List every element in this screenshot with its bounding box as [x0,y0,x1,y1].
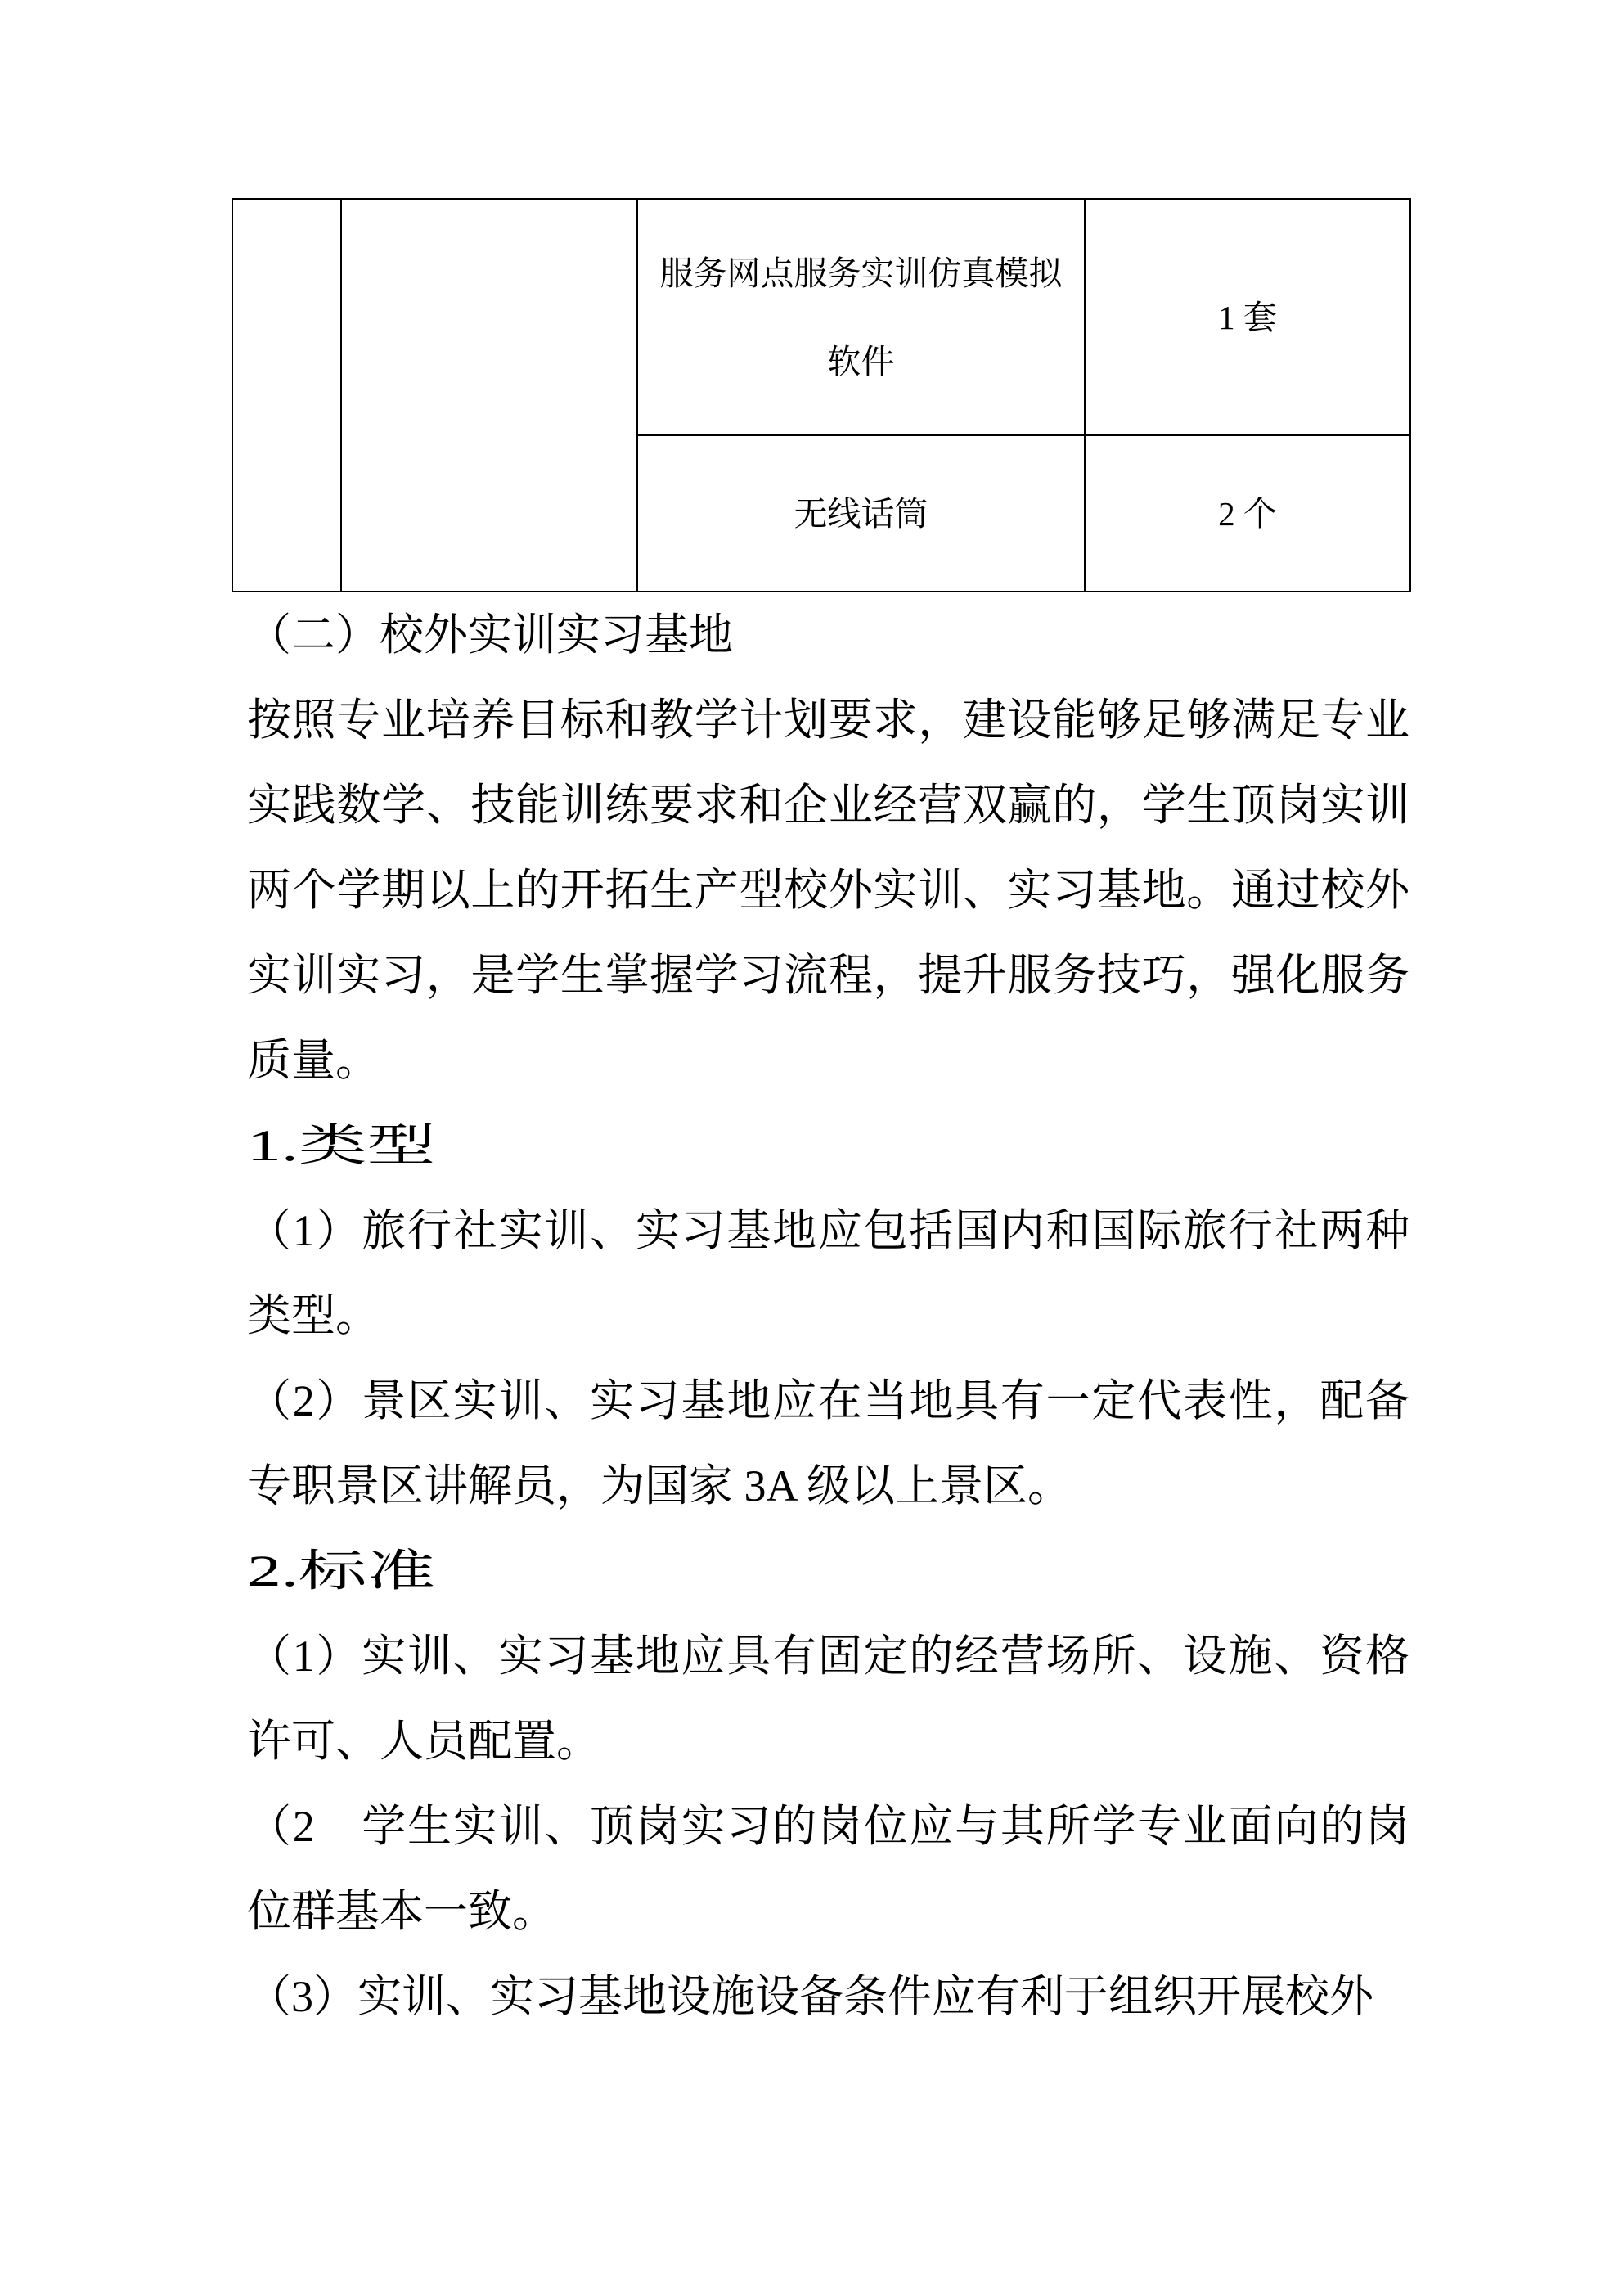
equipment-name-text: 服务网点服务实训仿真模拟软件 [656,229,1066,406]
equipment-name-cell: 无线话筒 [638,436,1084,591]
equipment-table: 服务网点服务实训仿真模拟软件 1 套 无线话筒 2 个 [232,198,1411,592]
equipment-quantity-cell: 2 个 [1086,436,1409,591]
equipment-quantity-text: 2 个 [1218,470,1277,558]
intro-paragraph: 按照专业培养目标和教学计划要求，建设能够足够满足专业实践数学、技能训练要求和企业… [247,678,1409,1103]
list-item-types-1: （1）旅行社实训、实习基地应包括国内和国际旅行社两种类型。 [247,1188,1409,1358]
equipment-name-text: 无线话筒 [794,470,928,558]
equipment-name-cell: 服务网点服务实训仿真模拟软件 [638,200,1084,434]
list-item-standards-2: （2 学生实训、顶岗实习的岗位应与其所学专业面向的岗位群基本一致。 [247,1784,1409,1954]
numbered-heading-types: 1.类型 [247,1103,1409,1188]
list-item-standards-3: （3）实训、实习基地设施设备条件应有利于组织开展校外 [247,1954,1409,2039]
document-body: （二）校外实训实习基地 按照专业培养目标和教学计划要求，建设能够足够满足专业实践… [247,592,1409,2039]
numbered-heading-types-text: 1.类型 [247,1103,435,1188]
list-item-types-2: （2）景区实训、实习基地应在当地具有一定代表性，配备专职景区讲解员，为国家 3A… [247,1358,1409,1528]
list-item-standards-1: （1）实训、实习基地应具有固定的经营场所、设施、资格许可、人员配置。 [247,1614,1409,1784]
equipment-quantity-text: 1 套 [1218,273,1277,362]
section-heading: （二）校外实训实习基地 [247,592,1409,678]
numbered-heading-standards: 2.标准 [247,1528,1409,1614]
numbered-heading-standards-text: 2.标准 [247,1528,435,1614]
equipment-quantity-cell: 1 套 [1086,200,1409,434]
table-border-vertical [340,200,342,591]
document-page: 服务网点服务实训仿真模拟软件 1 套 无线话筒 2 个 （二）校外实训实习基地 … [0,0,1623,2296]
